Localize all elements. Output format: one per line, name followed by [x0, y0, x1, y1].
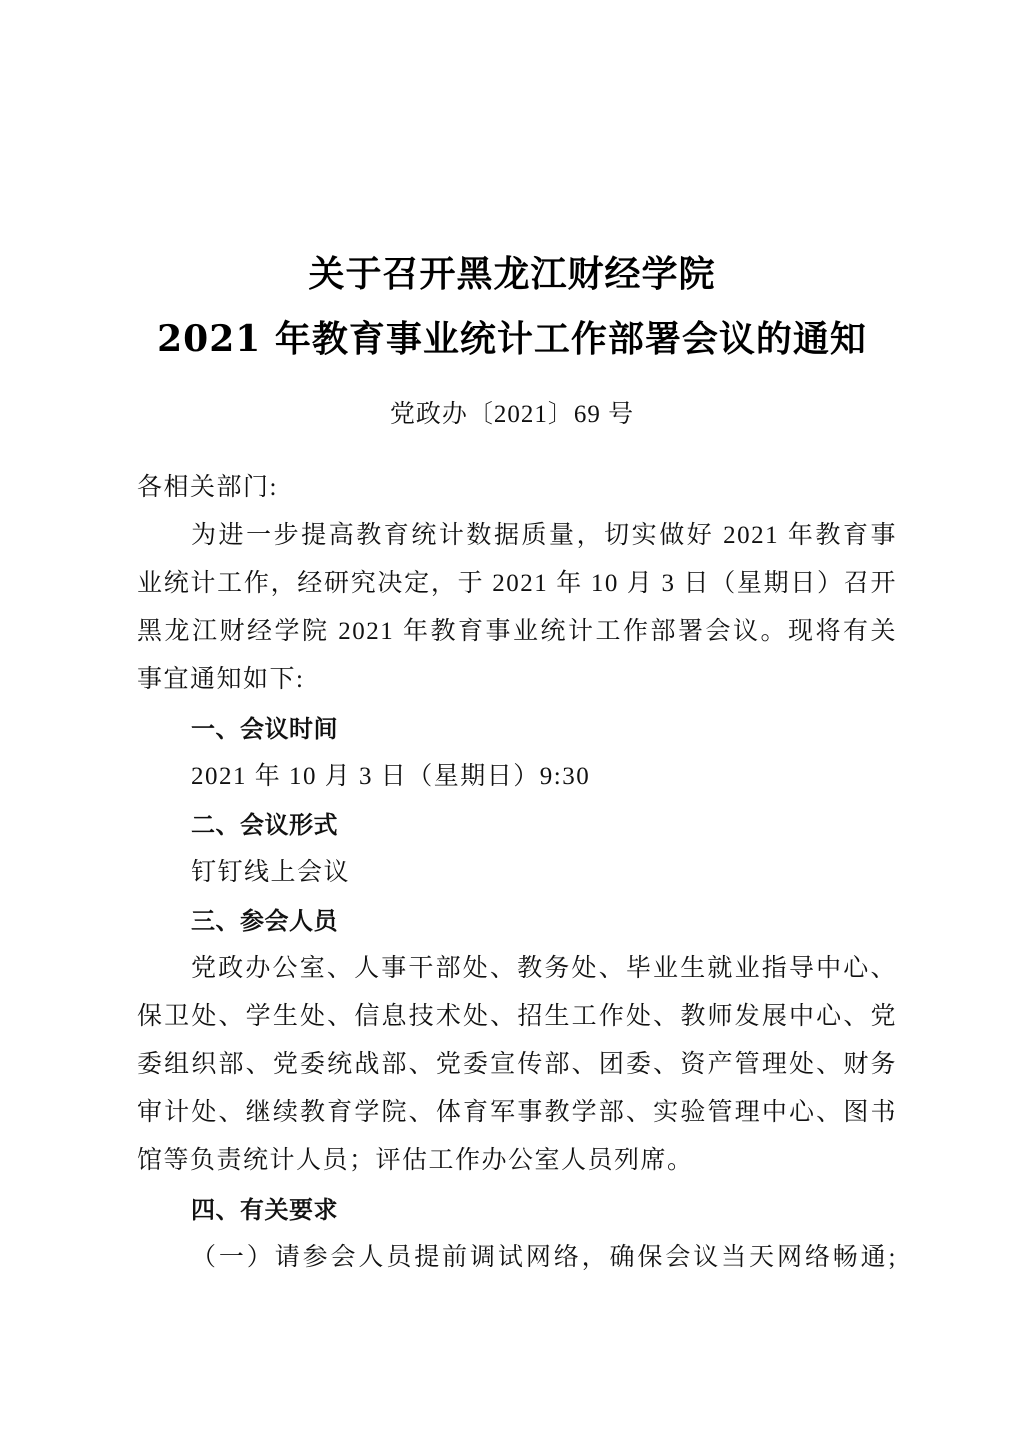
attendees-line: 审计处、继续教育学院、体育军事教学部、实验管理中心、图书 [137, 1096, 897, 1130]
section-heading-attendees: 三、参会人员 [191, 904, 897, 938]
meeting-time: 2021 年 10 月 3 日（星期日）9:30 [191, 760, 897, 794]
intro-line: 业统计工作，经研究决定，于 2021 年 10 月 3 日（星期日）召开 [137, 567, 897, 601]
document-page: 关于召开黑龙江财经学院 2021 年教育事业统计工作部署会议的通知 党政办〔20… [0, 0, 1024, 1448]
meeting-format: 钉钉线上会议 [191, 856, 897, 890]
document-title-line-2: 2021 年教育事业统计工作部署会议的通知 [0, 311, 1024, 362]
section-heading-time: 一、会议时间 [191, 712, 897, 746]
intro-line: 事宜通知如下: [137, 663, 897, 697]
attendees-line: 党政办公室、人事干部处、教务处、毕业生就业指导中心、 [191, 952, 897, 986]
attendees-line: 保卫处、学生处、信息技术处、招生工作处、教师发展中心、党 [137, 1000, 897, 1034]
intro-line: 为进一步提高教育统计数据质量，切实做好 2021 年教育事 [191, 519, 897, 553]
salutation: 各相关部门: [137, 471, 897, 505]
intro-line: 黑龙江财经学院 2021 年教育事业统计工作部署会议。现将有关 [137, 615, 897, 649]
attendees-line: 馆等负责统计人员；评估工作办公室人员列席。 [137, 1144, 897, 1178]
section-heading-format: 二、会议形式 [191, 808, 897, 842]
section-heading-requirements: 四、有关要求 [191, 1193, 897, 1227]
document-title-line-1: 关于召开黑龙江财经学院 [0, 246, 1024, 297]
attendees-line: 委组织部、党委统战部、党委宣传部、团委、资产管理处、财务 [137, 1048, 897, 1082]
requirement-item: （一）请参会人员提前调试网络，确保会议当天网络畅通; [191, 1241, 897, 1275]
document-number: 党政办〔2021〕69 号 [0, 394, 1024, 430]
